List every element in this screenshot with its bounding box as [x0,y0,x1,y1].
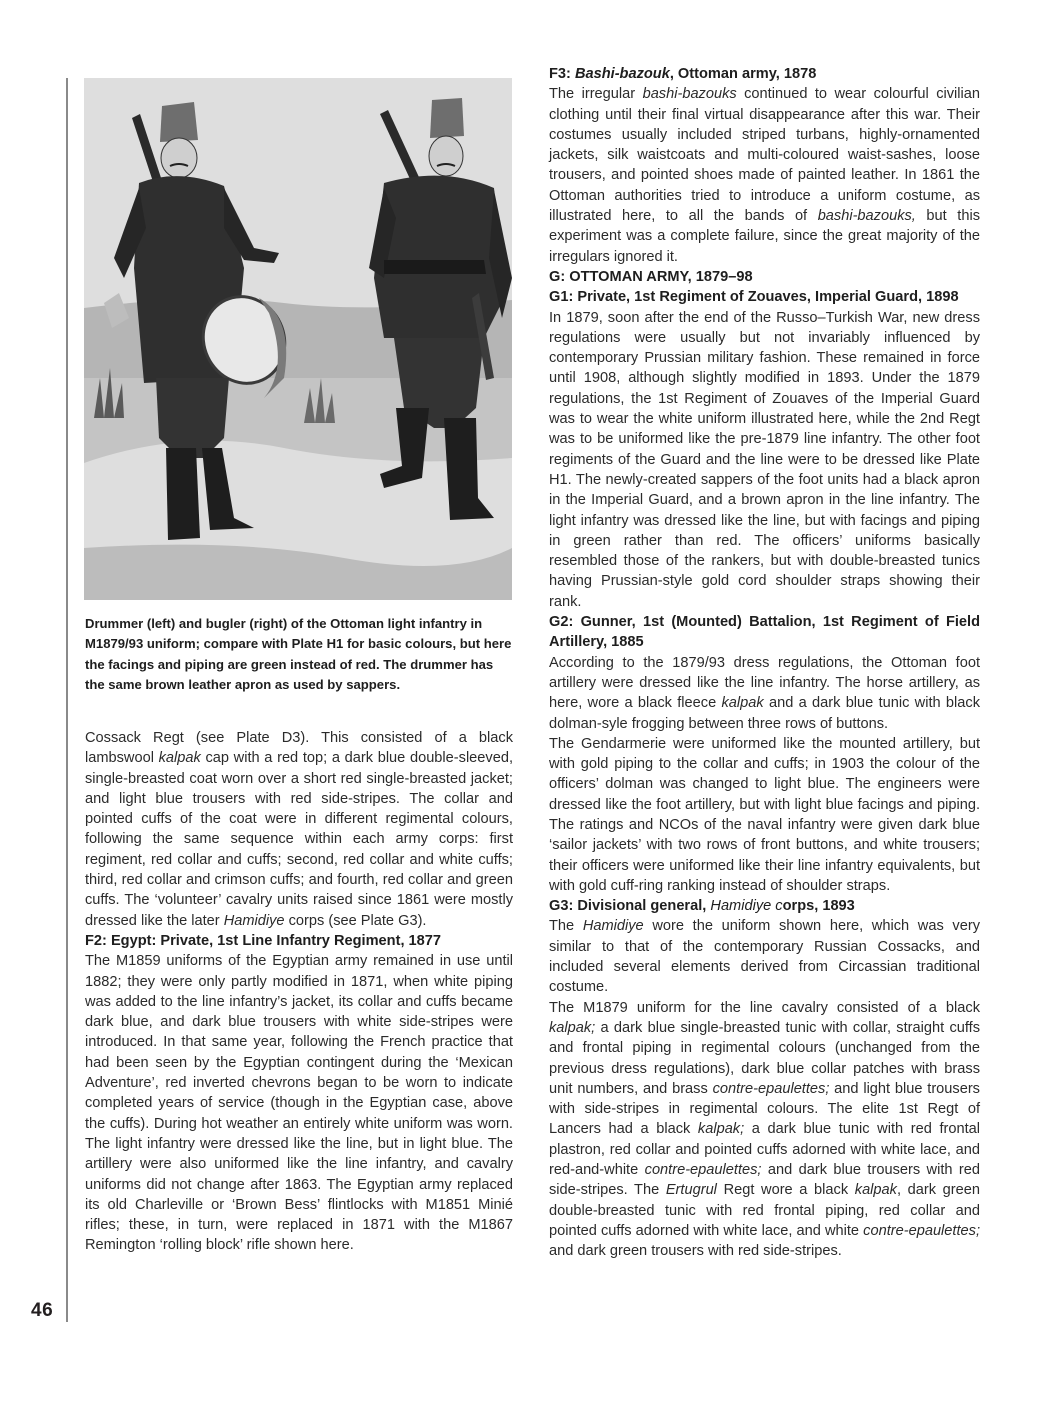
cossack-paragraph: Cossack Regt (see Plate D3). This consis… [85,728,513,931]
italic-term: contre-epaulettes; [645,1162,762,1178]
text-span: The irregular [549,86,643,102]
soldiers-illustration-icon [84,78,512,600]
illustration-plate [84,78,512,600]
margin-rule [66,78,68,1322]
text-span: The M1879 uniform for the line cavalry c… [549,1000,980,1016]
f3-paragraph: The irregular bashi-bazouks continued to… [549,84,980,267]
g3-paragraph-1: The Hamidiye wore the uniform shown here… [549,916,980,997]
italic-term: Hamidiye [710,898,771,914]
section-heading-g1: G1: Private, 1st Regiment of Zouaves, Im… [549,287,980,307]
figure-caption: Drummer (left) and bugler (right) of the… [85,614,513,695]
text-span: continued to wear colourful civilian clo… [549,86,980,224]
italic-term: kalpak [855,1182,897,1198]
italic-term: c [771,898,782,914]
f2-paragraph: The M1859 uniforms of the Egyptian army … [85,951,513,1255]
left-column: Cossack Regt (see Plate D3). This consis… [85,728,513,1256]
text-span: Regt wore a black [717,1182,855,1198]
text-span: cap with a red top; a dark blue double-s… [85,750,513,928]
italic-term: Bashi-bazouk [575,66,670,82]
right-column: F3: Bashi-bazouk, Ottoman army, 1878 The… [549,64,980,1262]
italic-term: contre-epaulettes; [713,1081,830,1097]
italic-term: bashi-bazouks, [818,208,916,224]
italic-term: contre-epaulettes; [863,1223,980,1239]
italic-term: Hamidiye [224,913,285,929]
italic-term: Hamidiye [583,918,644,934]
text-span: orps, 1893 [783,898,855,914]
g3-paragraph-2: The M1879 uniform for the line cavalry c… [549,998,980,1262]
g2-paragraph-2: The Gendarmerie were uniformed like the … [549,734,980,896]
italic-term: kalpak; [698,1121,744,1137]
italic-term: bashi-bazouks [643,86,737,102]
italic-term: Ertugrul [666,1182,717,1198]
section-heading-g2: G2: Gunner, 1st (Mounted) Battalion, 1st… [549,612,980,653]
section-heading-f2: F2: Egypt: Private, 1st Line Infantry Re… [85,931,513,951]
text-span: and dark green trousers with red side-st… [549,1243,842,1259]
text-span: , Ottoman army, 1878 [670,66,817,82]
g1-paragraph: In 1879, soon after the end of the Russo… [549,308,980,612]
text-span: The [549,918,583,934]
text-span: corps (see Plate G3). [285,913,427,929]
text-span: F3: [549,66,575,82]
section-heading-g3: G3: Divisional general, Hamidiye corps, … [549,896,980,916]
italic-term: kalpak [721,695,763,711]
italic-term: kalpak [159,750,201,766]
italic-term: kalpak; [549,1020,595,1036]
text-span: G3: Divisional general, [549,898,710,914]
g2-paragraph-1: According to the 1879/93 dress regulatio… [549,653,980,734]
page-number: 46 [31,1300,53,1322]
section-heading-f3: F3: Bashi-bazouk, Ottoman army, 1878 [549,64,980,84]
section-heading-g: G: OTTOMAN ARMY, 1879–98 [549,267,980,287]
